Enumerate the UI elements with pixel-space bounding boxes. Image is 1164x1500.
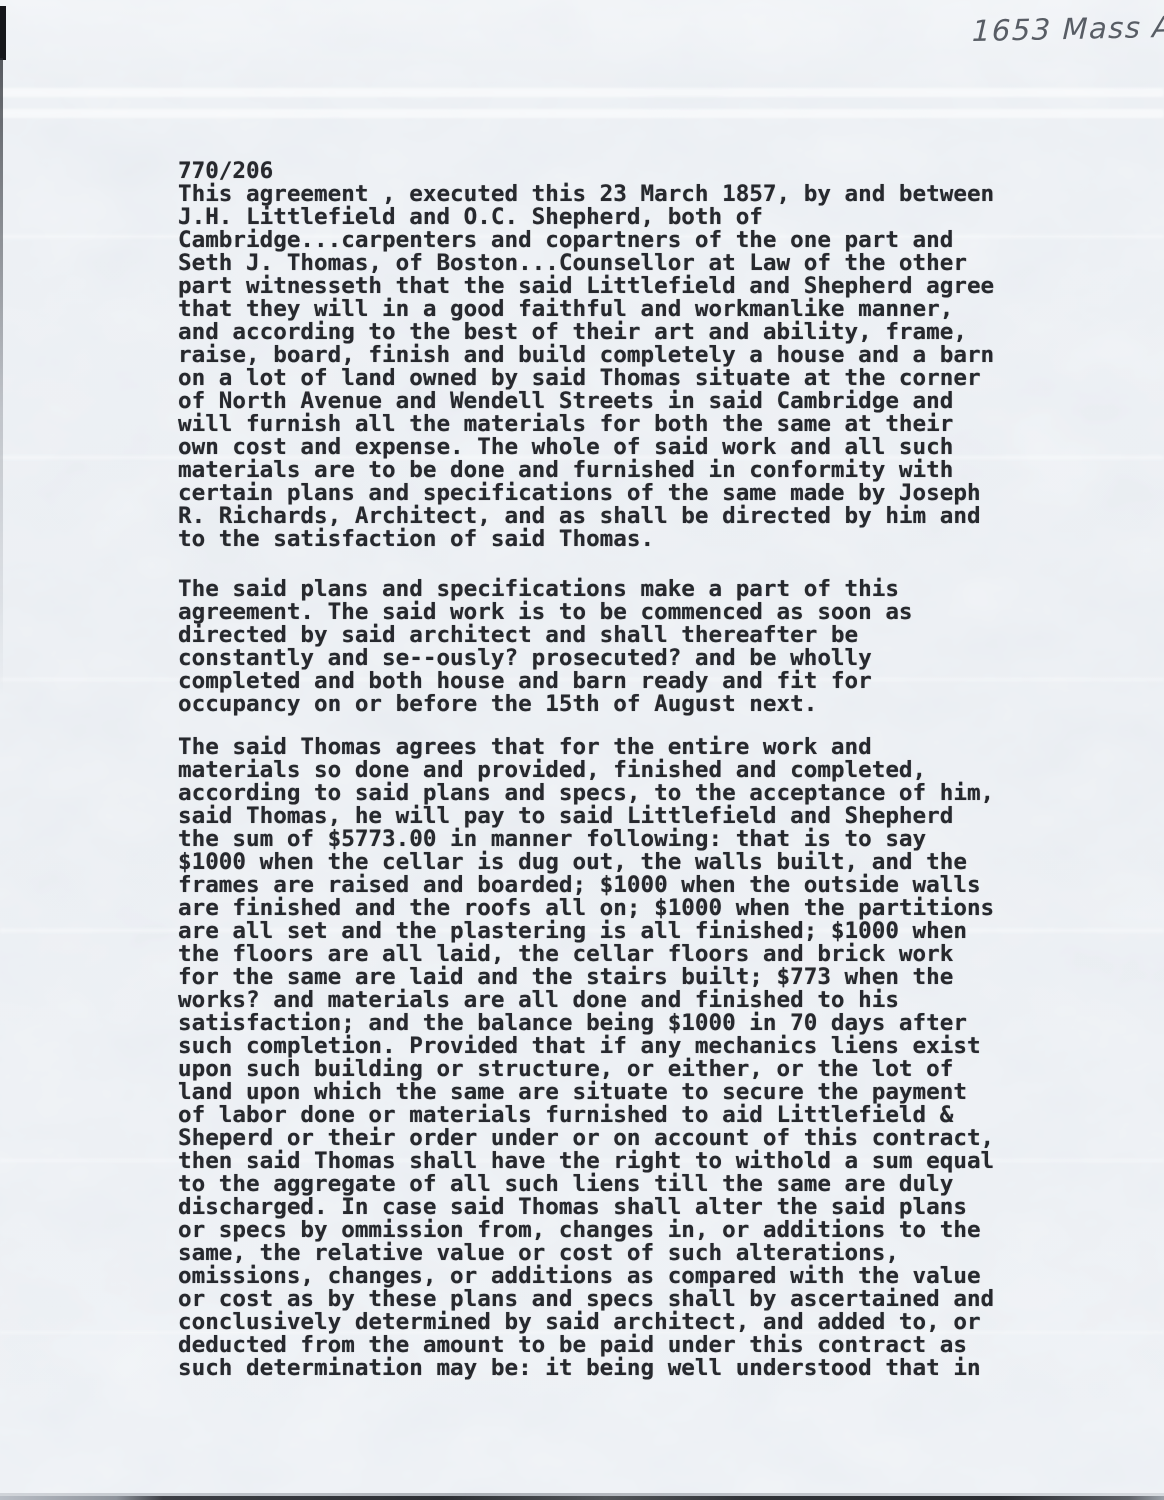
contract-paragraph-1: This agreement , executed this 23 March … [178, 183, 1038, 551]
reference-number: 770/206 [178, 160, 1038, 183]
scan-band [0, 109, 1164, 118]
scan-edge-artifact-left [0, 6, 6, 60]
scan-edge-artifact-bottom [0, 1496, 1164, 1500]
scanned-document-page: 1653 Mass Ave 770/206 This agreement , e… [0, 0, 1164, 1500]
contract-paragraph-3: The said Thomas agrees that for the enti… [178, 736, 1038, 1380]
scan-band [0, 88, 1164, 97]
scan-edge-artifact-left-faint [0, 58, 3, 698]
contract-paragraph-2: The said plans and specifications make a… [178, 578, 1038, 716]
handwritten-note: 1653 Mass Ave [971, 10, 1162, 48]
